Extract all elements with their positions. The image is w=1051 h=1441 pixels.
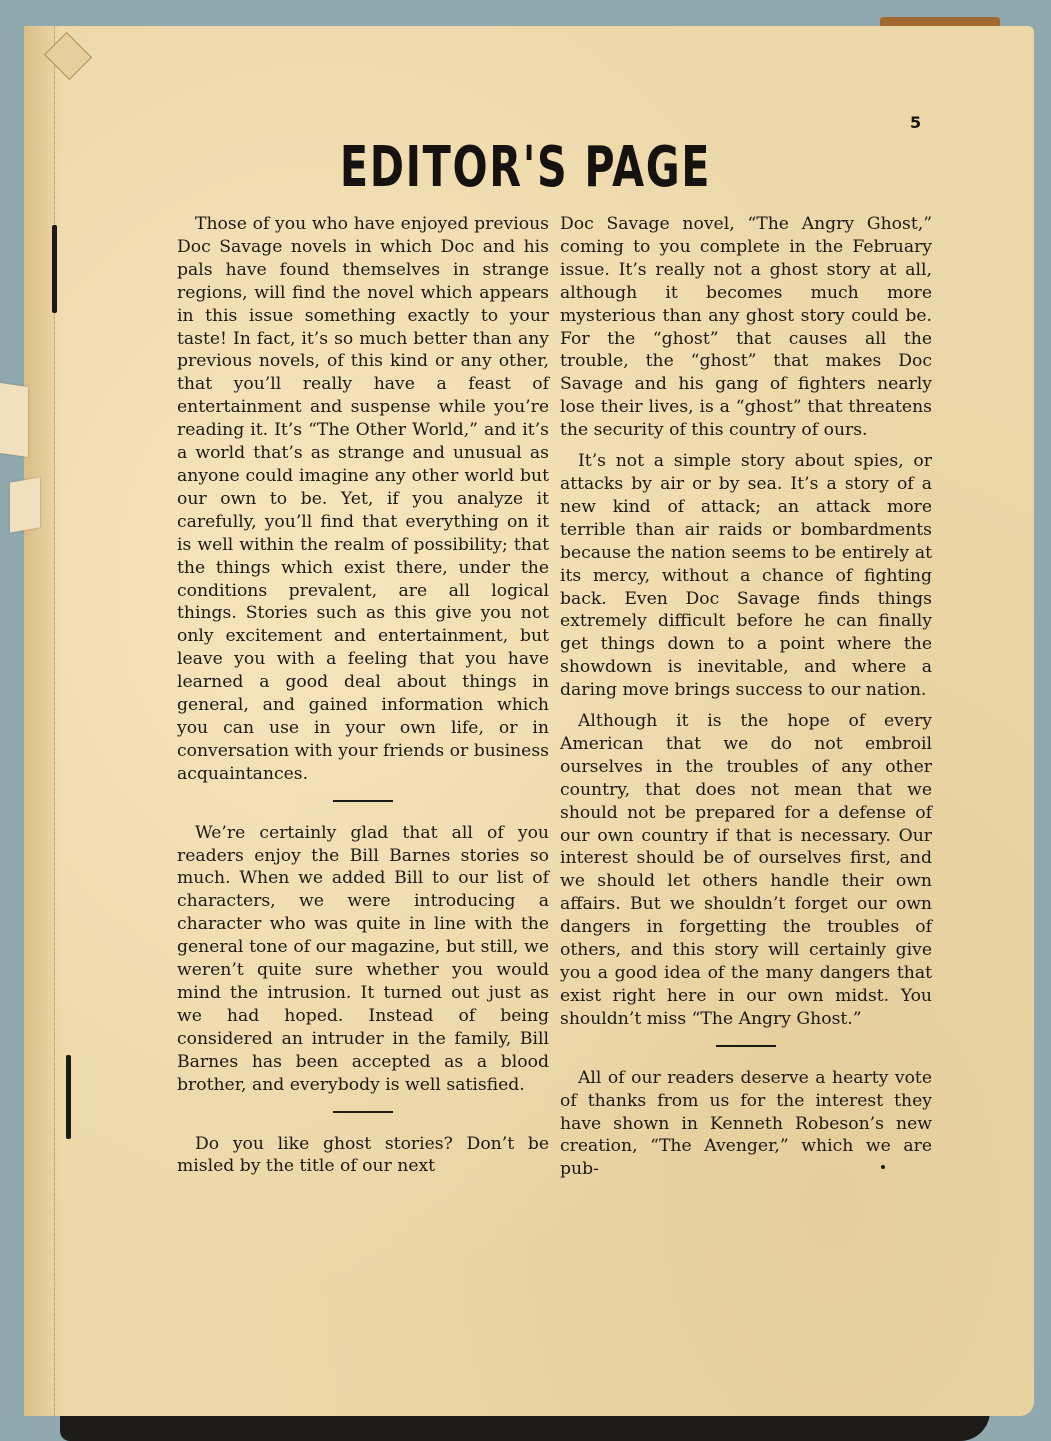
spine-edge xyxy=(24,26,55,1416)
section-divider xyxy=(333,800,393,802)
page-title: EDITOR'S PAGE xyxy=(95,135,957,200)
torn-paper-flap xyxy=(0,383,28,457)
continued-paragraph: Doc Savage novel, “The Angry Ghost,” com… xyxy=(560,213,932,442)
torn-paper-flap xyxy=(10,477,40,532)
paragraph: All of our readers deserve a hearty vote… xyxy=(560,1067,932,1182)
paragraph: Those of you who have enjoyed previous D… xyxy=(177,213,549,786)
paragraph: It’s not a simple story about spies, or … xyxy=(560,450,932,702)
ink-speck xyxy=(881,1165,885,1169)
paragraph: Although it is the hope of every America… xyxy=(560,710,932,1031)
staple-icon xyxy=(52,225,57,313)
cover-edge xyxy=(880,17,1000,26)
page-number: 5 xyxy=(910,113,921,132)
left-column: Those of you who have enjoyed previous D… xyxy=(177,213,549,1186)
staple-icon xyxy=(66,1055,71,1139)
section-divider xyxy=(716,1045,776,1047)
section-divider xyxy=(333,1111,393,1113)
paragraph: We’re certainly glad that all of you rea… xyxy=(177,822,549,1097)
paragraph: Do you like ghost stories? Don’t be misl… xyxy=(177,1133,549,1179)
right-column: Doc Savage novel, “The Angry Ghost,” com… xyxy=(560,213,932,1189)
